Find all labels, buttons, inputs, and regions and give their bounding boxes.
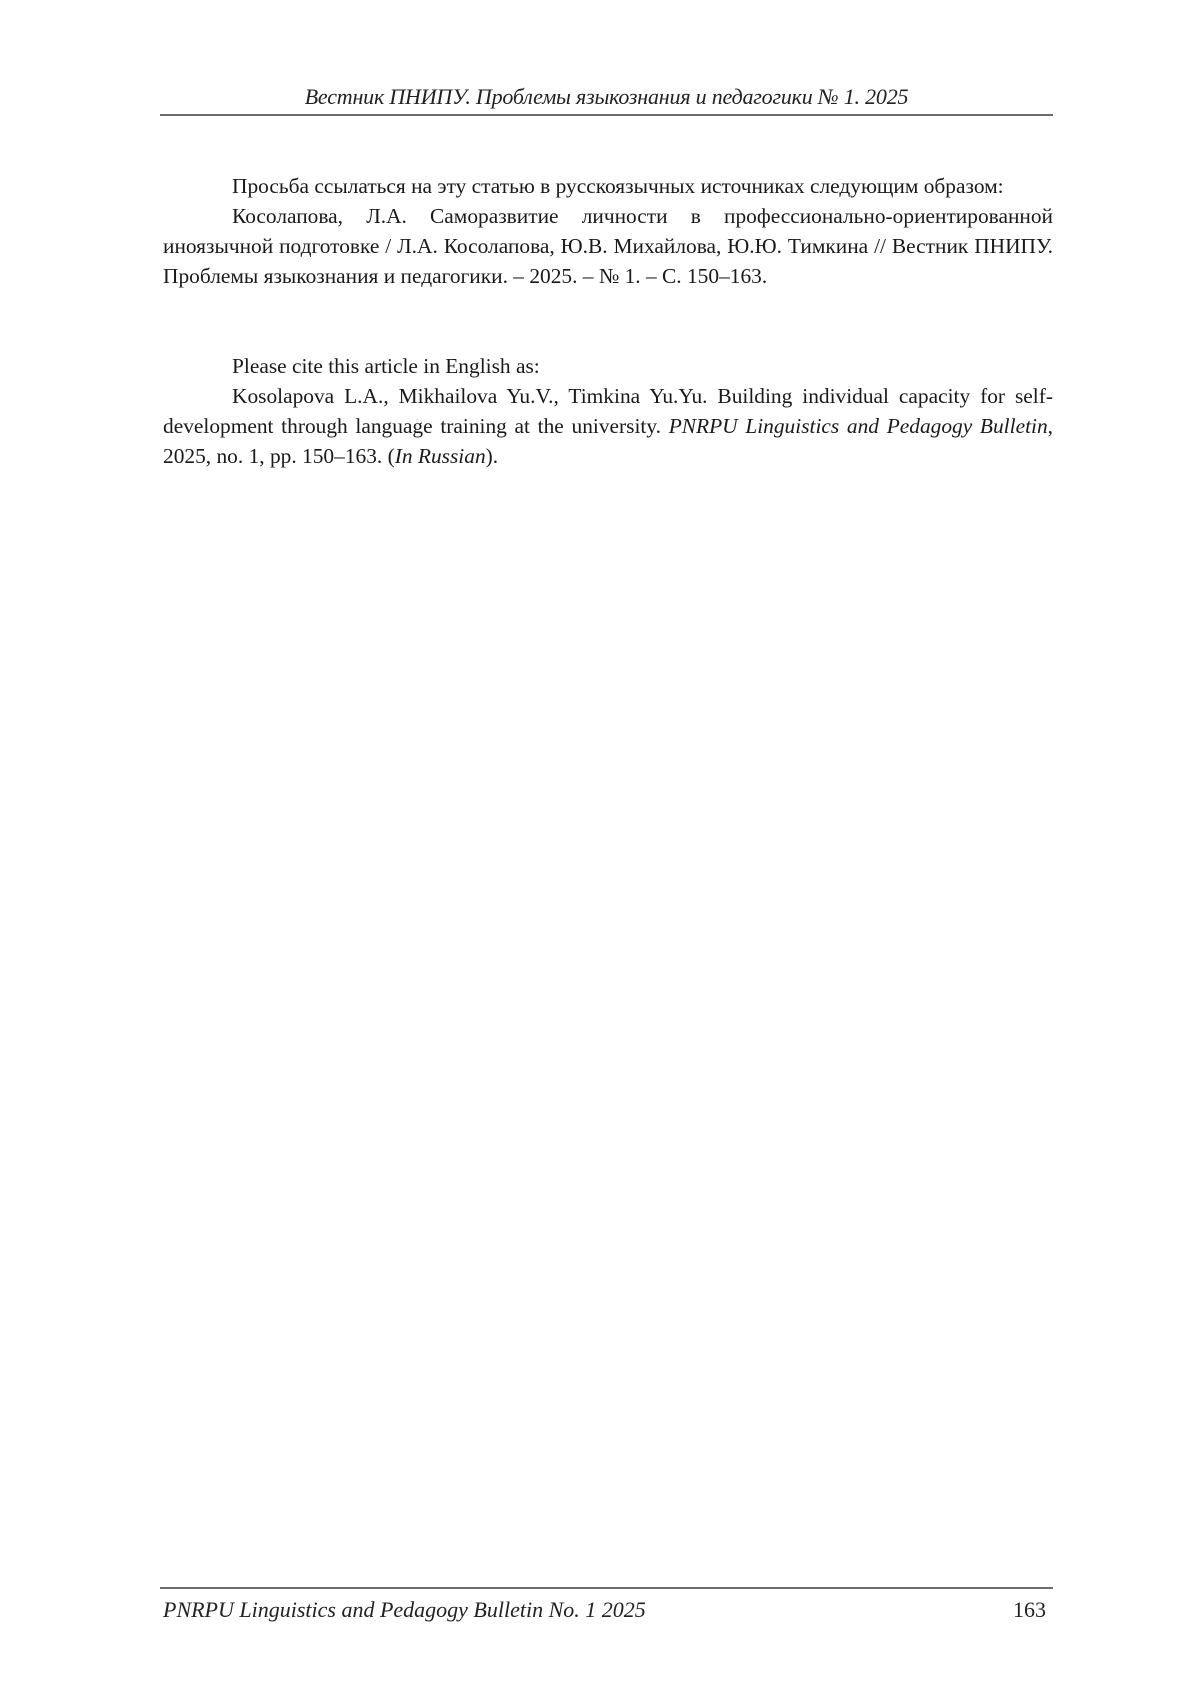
- citation-en-close: ).: [486, 444, 498, 468]
- citation-ru-intro: Просьба ссылаться на эту статью в русско…: [163, 171, 1053, 201]
- footer-journal-title: PNRPU Linguistics and Pedagogy Bulletin …: [163, 1597, 646, 1623]
- citation-en-language: In Russian: [395, 444, 486, 468]
- citation-en-block: Please cite this article in English as: …: [163, 351, 1053, 471]
- header-rule: [160, 114, 1053, 116]
- citation-en-journal: PNRPU Linguistics and Pedagogy Bulletin: [669, 414, 1048, 438]
- running-head-title: Вестник ПНИПУ. Проблемы языкознания и пе…: [160, 84, 1053, 110]
- citation-ru-reference: Косолапова, Л.А. Саморазвитие личности в…: [163, 201, 1053, 291]
- footer-rule: [160, 1587, 1053, 1589]
- citation-ru-block: Просьба ссылаться на эту статью в русско…: [163, 171, 1053, 291]
- page-number: 163: [1013, 1597, 1046, 1623]
- citation-en-reference: Kosolapova L.A., Mikhailova Yu.V., Timki…: [163, 381, 1053, 471]
- citation-en-intro: Please cite this article in English as:: [163, 351, 1053, 381]
